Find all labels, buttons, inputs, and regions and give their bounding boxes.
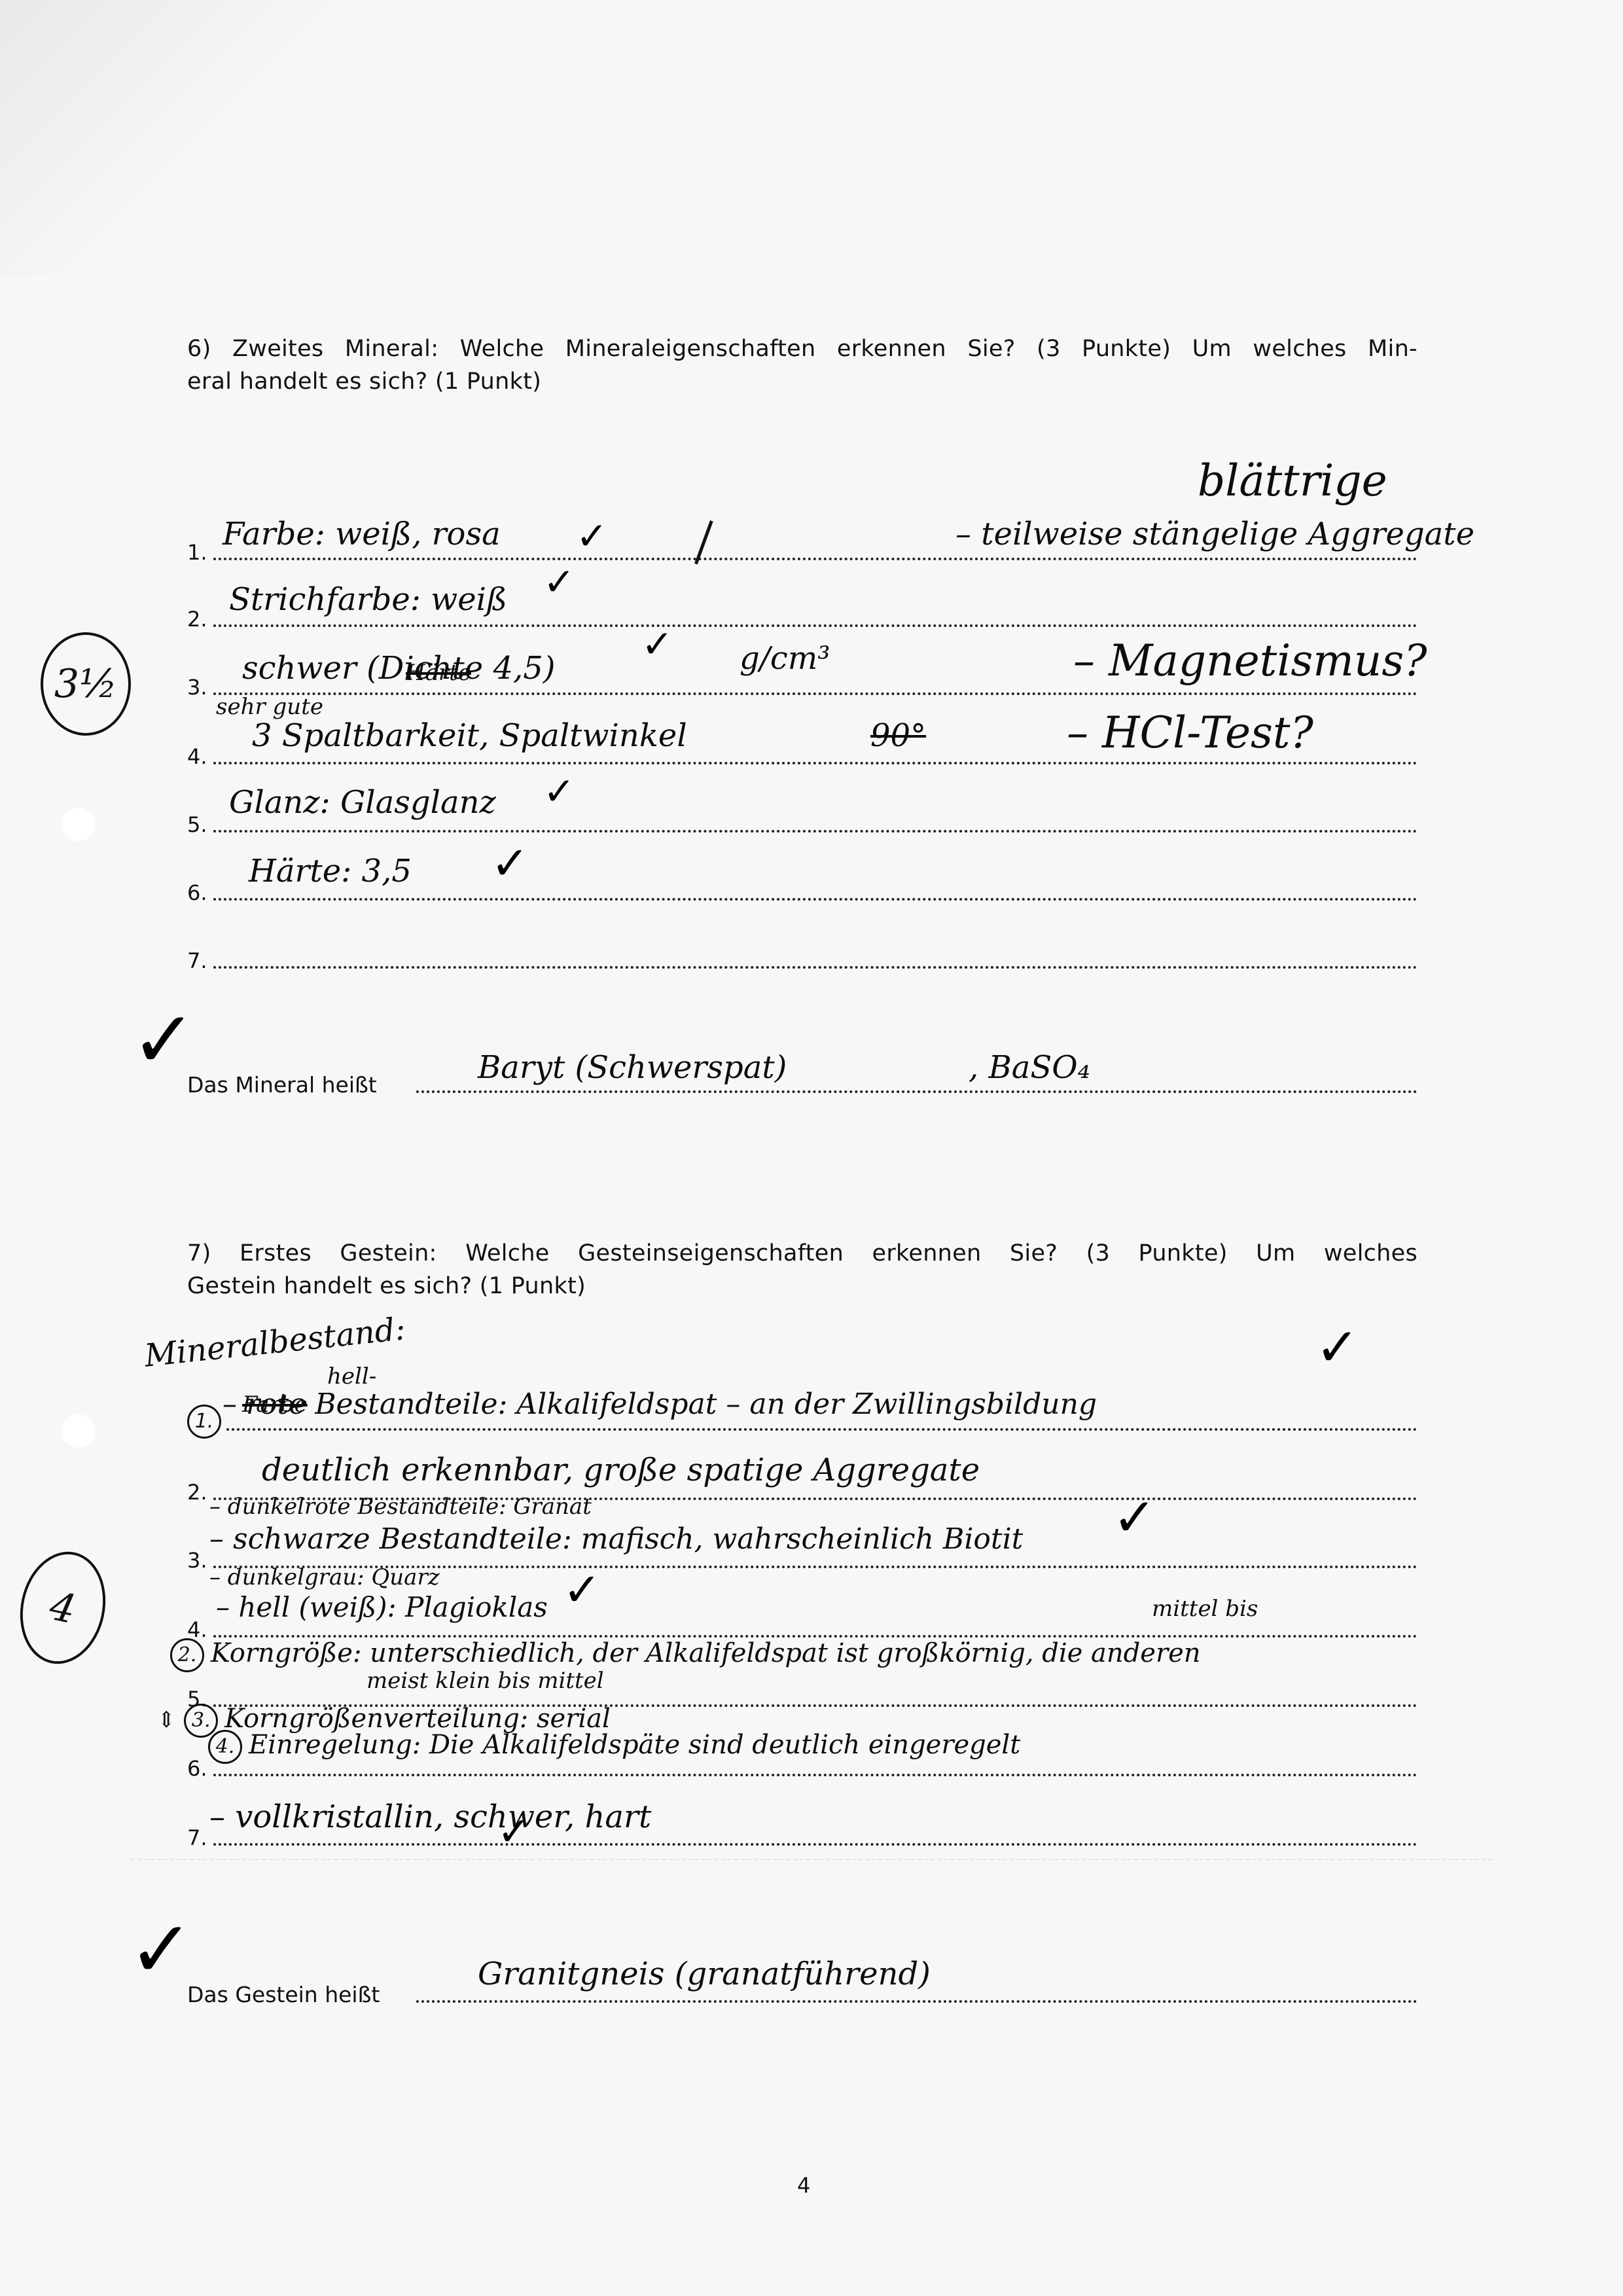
rock-row-4-text: – hell (weiß): Plagioklas (216, 1590, 548, 1624)
check-icon: ✓ (563, 1571, 601, 1609)
rock-row-3-subnote: – dunkelgrau: Quarz (209, 1566, 440, 1589)
rock-row-7-text: – vollkristallin, schwer, hart (209, 1800, 651, 1834)
mineral-row-7[interactable]: 7. (187, 932, 1418, 971)
side-note-line-3: – Magnetismus? (1073, 638, 1427, 684)
check-icon: ✓ (543, 563, 575, 601)
check-icon: ✓ (641, 625, 673, 663)
rock-row-2-subnote: – dunkelrote Bestandteile: Granat (209, 1495, 592, 1518)
punch-hole-top (60, 806, 97, 843)
question-6-line-2: eral handelt es sich? (1 Punkt) (187, 365, 1418, 398)
side-note-line-4: – HCl-Test? (1067, 710, 1313, 756)
row-4-above-note: sehr gute (216, 695, 323, 719)
above-note: hell- (327, 1365, 376, 1388)
row-1-text: Farbe: weiß, rosa (223, 517, 501, 551)
mineral-answer-field[interactable]: Das Mineral heißt (187, 1056, 1418, 1096)
question-7: 7) Erstes Gestein: Welche Gesteinseigens… (187, 1237, 1418, 1302)
rock-grain-size: 2.Korngröße: unterschiedlich, der Alkali… (170, 1636, 1201, 1672)
question-6: 6) Zweites Mineral: Welche Mineraleigens… (187, 332, 1418, 398)
punch-hole-bottom (60, 1412, 97, 1449)
rock-answer-label: Das Gestein heißt (187, 1984, 380, 2005)
side-note-above: blättrige (1198, 458, 1387, 504)
check-icon: ✓ (1113, 1499, 1156, 1537)
mineral-answer-label: Das Mineral heißt (187, 1074, 377, 1096)
rock-row-1-text: – rote Bestandteile: Alkalifeldspat – an… (223, 1388, 1097, 1422)
row-6-text: Härte: 3,5 (249, 854, 412, 888)
check-icon: ✓ (1315, 1329, 1359, 1367)
check-icon: ✓ (491, 844, 529, 882)
grade-value: 3½ (54, 661, 117, 707)
check-icon: ✓ (128, 1911, 194, 1990)
row-2-text: Strichfarbe: weiß (229, 583, 507, 617)
row-3-text: schwer (Dichte 4,5) (242, 651, 556, 685)
rock-answer-value: Granitgneis (granatführend) (478, 1957, 931, 1991)
row-4-text: 3 Spaltbarkeit, Spaltwinkel (252, 719, 687, 753)
grade-circle-section-7: 4 (10, 1544, 115, 1672)
rock-row-6-text: 4.Einregelung: Die Alkalifeldspäte sind … (208, 1728, 1020, 1764)
scan-shadow (0, 0, 340, 275)
check-icon: ✓ (576, 517, 608, 555)
question-6-line-1: 6) Zweites Mineral: Welche Mineraleigens… (187, 332, 1418, 365)
side-note-line-1: – teilweise stängelige Aggregate (955, 517, 1474, 551)
grade-circle-section-6: 3½ (41, 632, 131, 736)
rock-row-4-above: mittel bis (1152, 1597, 1258, 1621)
check-icon: ✓ (497, 1813, 530, 1851)
question-7-line-1: 7) Erstes Gestein: Welche Gesteinseigens… (187, 1237, 1418, 1270)
grade-value: 4 (46, 1583, 80, 1632)
rock-row-3-text: – schwarze Bestandteile: mafisch, wahrsc… (209, 1522, 1023, 1556)
density-unit: g/cm³ (740, 641, 830, 675)
mineral-answer-value: Baryt (Schwerspat) (478, 1050, 787, 1085)
page-number: 4 (797, 2173, 810, 2198)
scan-fold-line (131, 1859, 1492, 1860)
row-5-text: Glanz: Glasglanz (229, 785, 496, 819)
rock-row-2-text: deutlich erkennbar, große spatige Aggreg… (262, 1453, 980, 1487)
mineral-answer-formula: , BaSO₄ (969, 1050, 1090, 1085)
struck-angle: 90° (870, 719, 926, 753)
check-icon: ✓ (543, 772, 575, 810)
question-7-line-2: Gestein handelt es sich? (1 Punkt) (187, 1270, 1418, 1302)
